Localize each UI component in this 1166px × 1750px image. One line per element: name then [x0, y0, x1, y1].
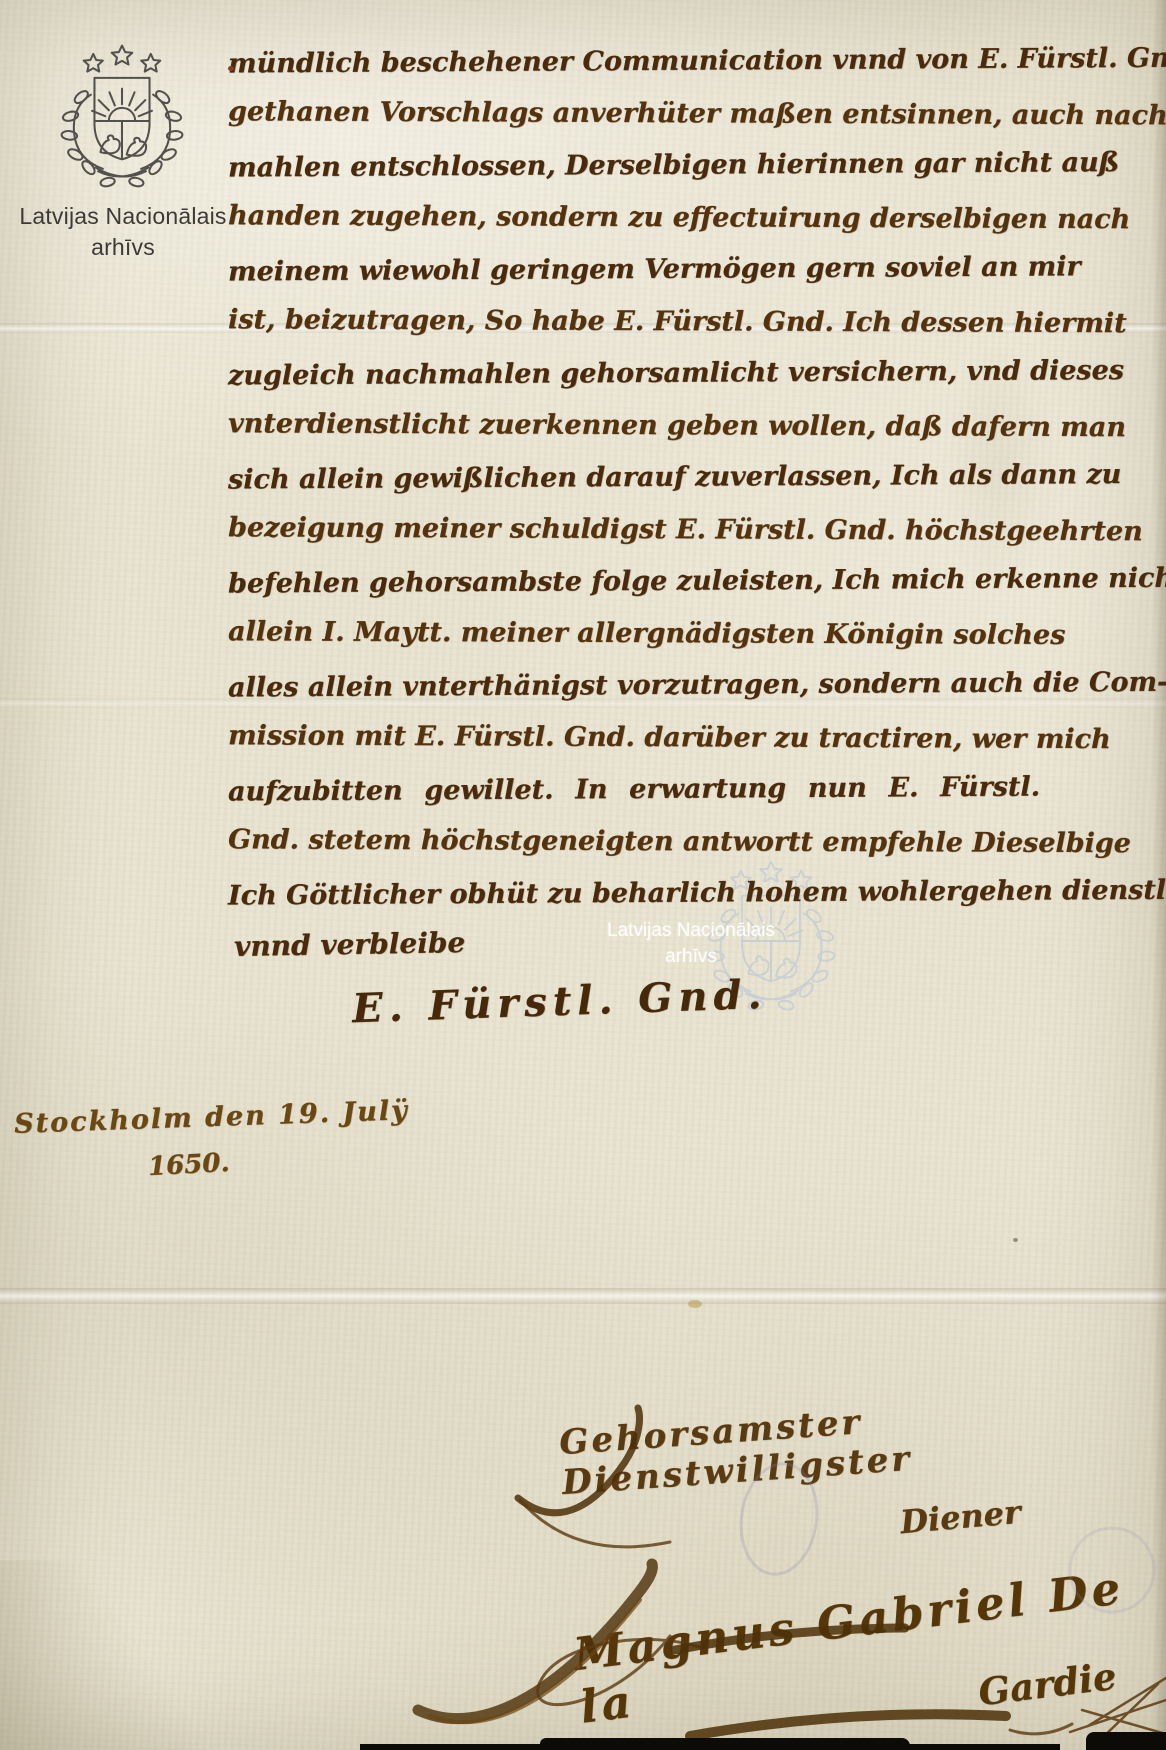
manuscript-line: gethanen Vorschlags anverhüter maßen ent… — [228, 96, 1040, 131]
manuscript-date-year: 1650. — [147, 1148, 230, 1182]
page-corner-shadow — [0, 1560, 260, 1750]
manuscript-line: mission mit E. Fürstl. Gnd. darüber zu t… — [228, 720, 1040, 755]
manuscript-line: vnterdienstlicht zuerkennen geben wollen… — [228, 408, 1040, 443]
fold-crease — [0, 1288, 1166, 1304]
manuscript-line: mahlen entschlossen, Derselbigen hierinn… — [228, 148, 1040, 184]
manuscript-line: meinem wiewohl geringem Vermögen gern so… — [228, 252, 1040, 288]
photo-background-edge — [1086, 1732, 1166, 1750]
scanned-letter-page: Latvijas Nacionālais arhīvs Latvijas Nac… — [0, 0, 1166, 1750]
manuscript-line: mündlich beschehener Communication vnnd … — [228, 44, 1040, 80]
manuscript-line: allein I. Maytt. meiner allergnädigsten … — [228, 616, 1040, 651]
ink-speck — [1013, 1238, 1018, 1242]
manuscript-line: aufzubitten gewillet. In erwartung nun E… — [228, 772, 1040, 808]
manuscript-line: befehlen gehorsambste folge zuleisten, I… — [228, 564, 1040, 600]
manuscript-line: alles allein vnterthänigst vorzutragen, … — [228, 668, 1040, 704]
manuscript-line: zugleich nachmahlen gehorsamlicht versic… — [228, 356, 1040, 392]
ink-speck — [228, 66, 234, 71]
archive-logo-name-2: arhīvs — [8, 234, 238, 261]
manuscript-dateline: Stockholm den 19. Julÿ — [14, 1095, 410, 1140]
manuscript-line: Ich Göttlicher obhüt zu beharlich hohem … — [228, 876, 1040, 912]
ink-speck — [688, 1300, 702, 1308]
manuscript-closing-line: vnnd verbleibe — [234, 926, 466, 963]
archive-logo-name: Latvijas Nacionālais — [8, 203, 238, 230]
manuscript-line: bezeigung meiner schuldigst E. Fürstl. G… — [228, 512, 1040, 547]
watermark-name: Latvijas Nacionālais — [578, 920, 804, 942]
manuscript-line: ist, beizutragen, So habe E. Fürstl. Gnd… — [228, 304, 1040, 339]
manuscript-line: sich allein gewißlichen darauf zuverlass… — [228, 460, 1040, 496]
watermark-name-2: arhīvs — [578, 946, 804, 968]
photo-background-edge — [540, 1738, 910, 1750]
manuscript-line: Gnd. stetem höchstgeneigten antwortt emp… — [228, 824, 1040, 859]
archive-coat-of-arms-icon — [50, 42, 194, 200]
manuscript-line: handen zugehen, sondern zu effectuirung … — [228, 200, 1040, 235]
signature-flourishes — [370, 1380, 1166, 1750]
